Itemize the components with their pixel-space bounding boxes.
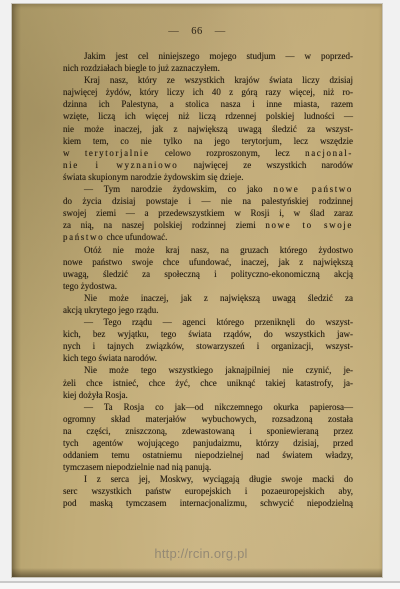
header-dash-right: — [215,26,226,37]
text-line: nych i tajnych związków, stowarzyszeń i … [63,340,353,352]
letterspaced-text: państwo [63,232,104,242]
text-line: oddaniem temu ostatniemu niepodzielnej n… [63,449,353,461]
text-line: swojej ziemi — a przedewszystkiem w Rosj… [63,207,353,219]
page-left-shadow [12,4,21,577]
text-line: w terytorjalnie celowo rozproszonym, lec… [63,147,353,159]
scanner-bed-line [0,581,400,589]
text-line: tego żydostwa. [63,280,353,292]
paragraph: Kraj nasz, który ze wszystkich krajów św… [63,74,353,183]
text-line: Nie może tego wszystkiego jaknajpilniej … [63,364,353,376]
page-bottom-shadow [12,568,382,577]
text-line: wzięte, liczą ich więcej niż liczą rdzen… [63,110,353,122]
text-line: I z serca jej, Moskwy, wyciągają długie … [63,473,353,485]
letterspaced-text: nie i wyznaniowo [63,160,178,170]
text-line: Kraj nasz, który ze wszystkich krajów św… [63,74,353,86]
letterspaced-text: nacjonal- [305,148,353,158]
paragraph: — Tym narodzie żydowskim, co jako nowe p… [63,183,353,243]
paragraph: Nie może inaczej, jak z największą uwagą… [63,292,353,316]
paragraph: I z serca jej, Moskwy, wyciągają długie … [63,473,353,509]
letterspaced-text: terytorjalnie [85,148,150,158]
text-line: dzinna ich Palestyna, a stolica nasza i … [63,98,353,110]
text-line: świata skupionym narodzie żydowskim się … [63,171,353,183]
text-line: kich tego świata narodów. [63,352,353,364]
letterspaced-text: nowe państwo [273,184,353,194]
text-line: kiem tem, co nie tylko na jego terytorju… [63,135,353,147]
page-text: Jakim jest cel niniejszego mojego studju… [63,50,353,510]
text-line: kich, bez wyjątku, tego świata rządów, d… [63,328,353,340]
text-line: żeli chce istnieć, chce żyć, chce unikną… [63,377,353,389]
text-line: za nią, na naszej polskiej rodzinnej zie… [63,219,353,231]
text-line: na części, zniszczoną, zdewastowaną i sp… [63,425,353,437]
letterspaced-text: nowe to swoje [265,220,353,230]
page-number: 66 [191,26,203,37]
text-line: kiej dożyła Rosja. [63,389,353,401]
header-dash-left: — [168,26,179,37]
text-line: akcją ukrytego jego rządu. [63,304,353,316]
text-line: pod maską tymczasem internacjonalizmu, s… [63,497,353,509]
text-line: nowe państwo swoje chce ufundować, inacz… [63,256,353,268]
scan-background: —66— Jakim jest cel niniejszego mojego s… [0,0,400,589]
text-line: nie i wyznaniowo najwięcej ze wszystkich… [63,159,353,171]
paragraph: Nie może tego wszystkiego jaknajpilniej … [63,364,353,400]
book-page: —66— Jakim jest cel niniejszego mojego s… [12,4,382,577]
text-line: nich rozdziałach biegle to już zaznaczył… [63,62,353,74]
watermark-url: http://rcin.org.pl [16,546,386,561]
text-line: do życia dzisiaj powstaje i — nie na pal… [63,195,353,207]
paragraph: Otóż nie może kraj nasz, na gruzach któr… [63,244,353,292]
text-line: Otóż nie może kraj nasz, na gruzach któr… [63,244,353,256]
text-line: — Tego rządu — agenci którego przeniknęl… [63,316,353,328]
text-line: Nie może inaczej, jak z największą uwagą… [63,292,353,304]
text-line: tymczasem niepodzielnie nad nią panują. [63,461,353,473]
paragraph: — Ta Rosja co jak—od nikczemnego okurka … [63,401,353,474]
text-line: państwo chce ufundować. [63,231,353,243]
text-line: Jakim jest cel niniejszego mojego studju… [63,50,353,62]
paragraph: — Tego rządu — agenci którego przeniknęl… [63,316,353,364]
text-line: serc wszystkich państw europejskich i po… [63,485,353,497]
text-line: najwięcej żydów, który liczy ich 40 z gó… [63,86,353,98]
text-line: — Tym narodzie żydowskim, co jako nowe p… [63,183,353,195]
text-line: tych agentów wojującego panjudaizmu, któ… [63,437,353,449]
page-header: —66— [12,26,382,37]
text-line: nie może inaczej, jak z największą uwagą… [63,123,353,135]
text-line: uwagą, śledzić za społeczną i polityczno… [63,268,353,280]
text-line: — Ta Rosja co jak—od nikczemnego okurka … [63,401,353,413]
text-line: ogromny skład materjałów wybuchowych, ro… [63,413,353,425]
paragraph: Jakim jest cel niniejszego mojego studju… [63,50,353,74]
